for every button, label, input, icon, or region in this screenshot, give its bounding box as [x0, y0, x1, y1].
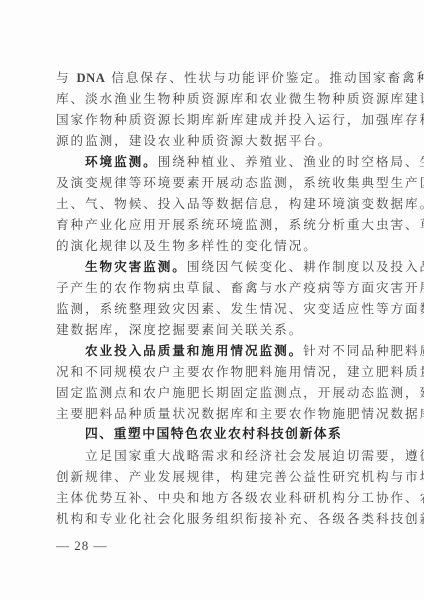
- text-line: 主体优势互补、中央和地方各级农业科研机构分工协作、农技推广: [56, 487, 368, 508]
- text-line: 国家作物种质资源长期库新库建成并投入运行，加强库存种质资: [56, 109, 368, 130]
- document-page: 与 DNA 信息保存、性状与功能评价鉴定。推动国家畜禽种质资源 库、淡水渔业生物…: [0, 0, 424, 600]
- text-line: 主要肥料品种质量状况数据库和主要农作物施肥情况数据库。: [56, 403, 368, 424]
- text-span: 与: [56, 70, 77, 85]
- section-heading: 四、重塑中国特色农业农村科技创新体系: [56, 424, 368, 445]
- text-span: 围绕因气候变化、耕作制度以及投入品等因: [187, 259, 424, 274]
- text-line: 监测，系统整理致灾因素、发生情况、灾变适应性等方面数据并构: [56, 298, 368, 319]
- paragraph-start-environment-monitoring: 环境监测。围绕种植业、养殖业、渔业的时空格局、生产制度: [56, 151, 368, 172]
- text-line: 机构和专业化社会化服务组织衔接补充、各级各类科技创新平台: [56, 508, 368, 529]
- text-span: 围绕种植业、养殖业、渔业的时空格局、生产制度: [158, 154, 424, 169]
- text-line: 建数据库，深度挖掘要素间关联关系。: [56, 319, 368, 340]
- text-span: 针对不同品种肥料质量状: [303, 343, 424, 358]
- run-in-heading: 农业投入品质量和施用情况监测。: [85, 343, 303, 358]
- text-line: 况和不同规模农户主要农作物肥料施用情况，建立肥料质量长期: [56, 361, 368, 382]
- paragraph-start-input-quality-monitoring: 农业投入品质量和施用情况监测。针对不同品种肥料质量状: [56, 340, 368, 361]
- body-text: 与 DNA 信息保存、性状与功能评价鉴定。推动国家畜禽种质资源 库、淡水渔业生物…: [56, 67, 368, 529]
- text-line: 库、淡水渔业生物种质资源库和农业微生物种质资源库建设，推动: [56, 88, 368, 109]
- text-line: 的演化规律以及生物多样性的变化情况。: [56, 235, 368, 256]
- text-line: 土、气、物候、投入品等数据信息，构建环境演变数据库。围绕生物: [56, 193, 368, 214]
- text-line: 子产生的农作物病虫草鼠、畜禽与水产疫病等方面灾害开展动态: [56, 277, 368, 298]
- text-line: 及演变规律等环境要素开展动态监测，系统收集典型生产区水、: [56, 172, 368, 193]
- run-in-heading: 生物灾害监测。: [85, 259, 187, 274]
- text-span: 信息保存、性状与功能评价鉴定。推动国家畜禽种质资源: [105, 70, 424, 85]
- paragraph-start-biological-disaster-monitoring: 生物灾害监测。围绕因气候变化、耕作制度以及投入品等因: [56, 256, 368, 277]
- paragraph-start: 立足国家重大战略需求和经济社会发展迫切需要，遵循科技: [56, 445, 368, 466]
- run-in-heading: 环境监测。: [85, 154, 158, 169]
- text-line: 创新规律、产业发展规律，构建完善公益性研究机构与市场化研发: [56, 466, 368, 487]
- text-line: 固定监测点和农户施肥长期固定监测点，开展动态监测，建立我国: [56, 382, 368, 403]
- latin-term: DNA: [77, 71, 106, 85]
- page-number: — 28 —: [56, 538, 108, 554]
- text-line: 源的监测，建设农业种质资源大数据平台。: [56, 130, 368, 151]
- text-line: 与 DNA 信息保存、性状与功能评价鉴定。推动国家畜禽种质资源: [56, 67, 368, 88]
- text-line: 育种产业化应用开展系统环境监测，系统分析重大虫害、草害发生: [56, 214, 368, 235]
